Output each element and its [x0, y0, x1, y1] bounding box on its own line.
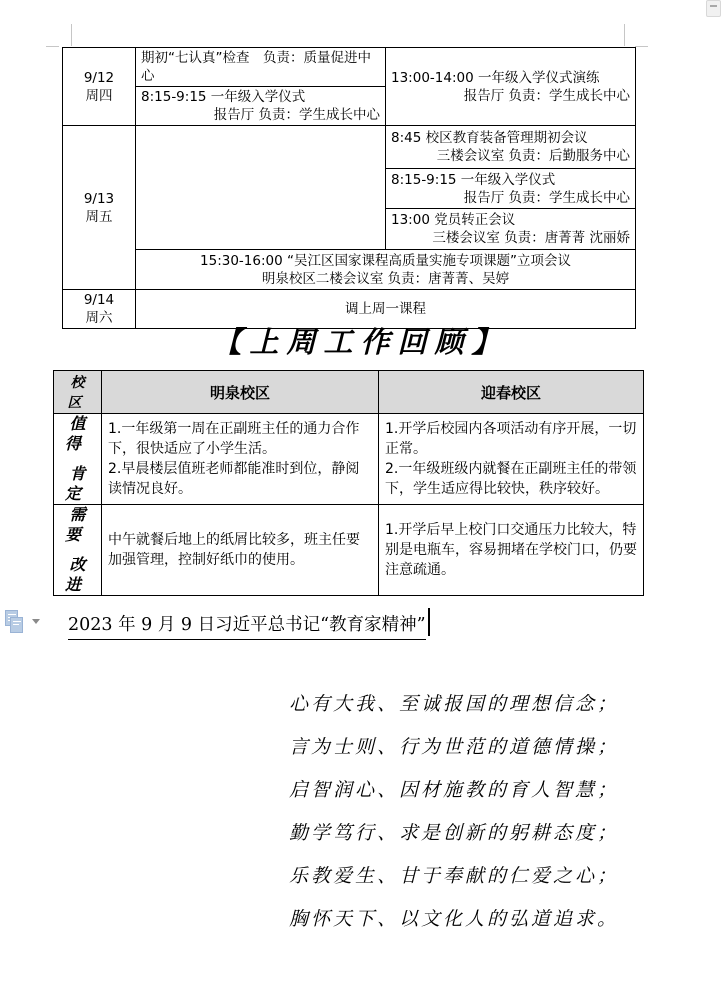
section-heading-last-week-review: 【上周工作回顾】 [0, 320, 721, 361]
paste-options-widget[interactable] [4, 610, 44, 636]
review-table: 校区 明泉校区 迎春校区 值得 肯定 1.一年级第一周在正副班主任的通力合作下，… [53, 370, 644, 596]
schedule-cell-thu-ceremony: 8:15-9:15 一年级入学仪式 报告厅 负责：学生成长中心 [136, 87, 386, 126]
review-header-campus: 校区 [54, 371, 102, 414]
schedule-cell-thu-rehearsal: 13:00-14:00 一年级入学仪式演练 报告厅 负责：学生成长中心 [386, 48, 636, 126]
poem-line: 乐教爱生、甘于奉献的仁爱之心； [289, 862, 619, 905]
quote-title-row: 2023 年 9 月 9 日习近平总书记“教育家精神” [68, 608, 430, 638]
review-cell-praise-yingchun: 1.开学后校园内各项活动有序开展，一切正常。 2.一年级班级内就餐在正副班主任的… [379, 414, 644, 505]
educator-spirit-lines: 心有大我、至诚报国的理想信念； 言为士则、行为世范的道德情操； 启智润心、因材施… [289, 690, 619, 948]
schedule-cell-fri-party-meeting: 13:00 党员转正会议 三楼会议室 负责：唐菁菁 沈丽娇 [386, 209, 636, 250]
review-label-praise: 值得 肯定 [54, 414, 102, 505]
schedule-date-thursday: 9/12 周四 [63, 48, 136, 126]
poem-line: 胸怀天下、以文化人的弘道追求。 [289, 905, 619, 948]
schedule-date-friday: 9/13 周五 [63, 126, 136, 290]
schedule-cell-fri-ceremony: 8:15-9:15 一年级入学仪式 报告厅 负责：学生成长中心 [386, 169, 636, 209]
crop-mark-top-left-horizontal [46, 46, 59, 47]
schedule-cell-thu-check: 期初“七认真”检查 负责：质量促进中心 [136, 48, 386, 87]
crop-mark-top-right-vertical [624, 24, 625, 46]
crop-mark-top-right-horizontal [635, 46, 648, 47]
schedule-cell-fri-project-meeting: 15:30-16:00 “吴江区国家课程高质量实施专项课题”立项会议 明泉校区二… [136, 250, 636, 290]
date-text: 9/14 [68, 291, 130, 309]
dropdown-arrow-icon[interactable] [32, 619, 40, 624]
review-header-mingquan: 明泉校区 [102, 371, 379, 414]
document-icon [10, 617, 23, 633]
schedule-cell-fri-equipment: 8:45 校区教育装备管理期初会议 三楼会议室 负责：后勤服务中心 [386, 126, 636, 169]
schedule-table: 9/12 周四 期初“七认真”检查 负责：质量促进中心 13:00-14:00 … [62, 47, 636, 329]
weekday-text: 周五 [68, 208, 130, 226]
review-cell-improve-mingquan: 中午就餐后地上的纸屑比较多，班主任要加强管理，控制好纸巾的使用。 [102, 505, 379, 596]
review-cell-praise-mingquan: 1.一年级第一周在正副班主任的通力合作下，很快适应了小学生活。 2.早晨楼层值班… [102, 414, 379, 505]
poem-line: 言为士则、行为世范的道德情操； [289, 733, 619, 776]
date-text: 9/13 [68, 190, 130, 208]
scrollbar-grip-icon [710, 5, 717, 7]
review-label-improve: 需要 改进 [54, 505, 102, 596]
review-header-yingchun: 迎春校区 [379, 371, 644, 414]
schedule-cell-fri-empty [136, 126, 386, 250]
poem-line: 启智润心、因材施教的育人智慧； [289, 776, 619, 819]
quote-title: 2023 年 9 月 9 日习近平总书记“教育家精神” [68, 611, 426, 640]
weekday-text: 周四 [68, 87, 130, 105]
date-text: 9/12 [68, 69, 130, 87]
review-cell-improve-yingchun: 1.开学后早上校门口交通压力比较大，特别是电瓶车，容易拥堵在学校门口，仍要注意疏… [379, 505, 644, 596]
poem-line: 勤学笃行、求是创新的躬耕态度； [289, 819, 619, 862]
text-cursor [428, 608, 431, 636]
crop-mark-top-left-vertical [71, 24, 72, 46]
vertical-scrollbar[interactable] [706, 0, 721, 17]
poem-line: 心有大我、至诚报国的理想信念； [289, 690, 619, 733]
